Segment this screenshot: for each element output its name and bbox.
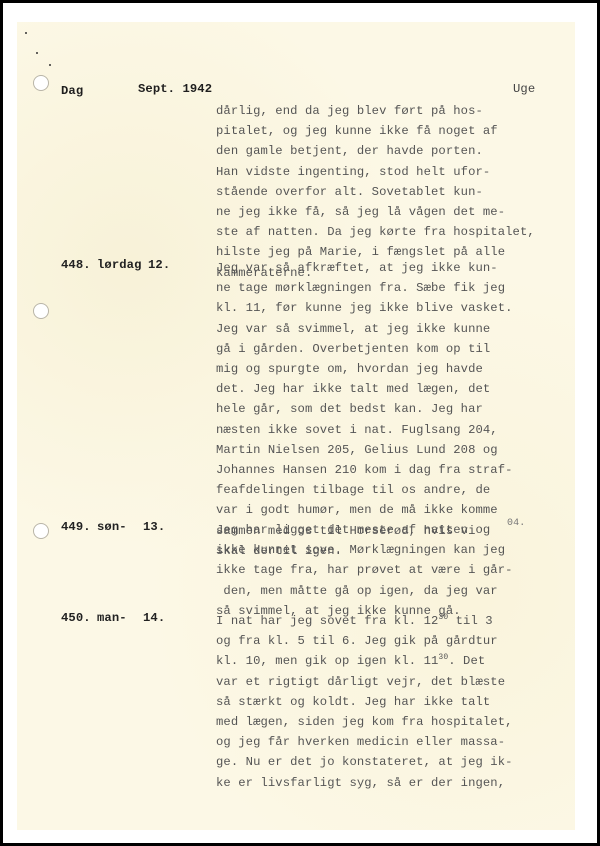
- text-line: Martin Nielsen 205, Gelius Lund 208 og: [216, 440, 498, 460]
- week-header-label: Uge: [513, 82, 535, 96]
- day-header-label: Dag: [61, 84, 83, 98]
- text-line: pitalet, og jeg kunne ikke få noget af: [216, 121, 498, 141]
- entry-date: 12.: [148, 258, 170, 272]
- text-line: dårlig, end da jeg blev ført på hos-: [216, 101, 483, 121]
- text-line: hele går, som det bedst kan. Jeg har: [216, 399, 483, 419]
- text-line: Jeg var så svimmel, at jeg ikke kunne: [216, 319, 490, 339]
- text-line: var i godt humør, men de må ikke komme: [216, 500, 498, 520]
- entry-date: 13.: [143, 520, 165, 534]
- entry-number: 449.: [61, 520, 91, 534]
- text-line: så stærkt og koldt. Jeg har ikke talt: [216, 692, 490, 712]
- text-line: ikke tage fra, har prøvet at være i går-: [216, 560, 513, 580]
- text-line: ne tage mørklægningen fra. Sæbe fik jeg: [216, 278, 505, 298]
- text-line: med lægen, siden jeg kom fra hospitalet,: [216, 712, 513, 732]
- text-line: stående overfor alt. Sovetablet kun-: [216, 182, 483, 202]
- text-line: ke er livsfarligt syg, så er der ingen,: [216, 773, 505, 793]
- text-line: kl. 11, før kunne jeg ikke blive vasket.: [216, 298, 513, 318]
- text-line: Jeg har ligget det meste af natten og: [216, 520, 490, 540]
- text-line: Johannes Hansen 210 kom i dag fra straf-: [216, 460, 513, 480]
- text-line: kl. 10, men gik op igen kl. 1130. Det: [216, 651, 485, 671]
- text-line: ikke kunnet sove. Mørklægningen kan jeg: [216, 540, 505, 560]
- entry-number: 450.: [61, 611, 91, 625]
- entry-weekday: søn-: [97, 520, 127, 534]
- text-line: ne jeg ikke få, så jeg lå vågen det me-: [216, 202, 505, 222]
- text-line: gå i gården. Overbetjenten kom op til: [216, 339, 490, 359]
- text-line: næsten ikke sovet i nat. Fuglsang 204,: [216, 420, 498, 440]
- text-line: I nat har jeg sovet fra kl. 1230 til 3: [216, 611, 493, 631]
- entry-date: 14.: [143, 611, 165, 625]
- text-line: ste af natten. Da jeg kørte fra hospital…: [216, 222, 535, 242]
- text-line: var et rigtigt dårligt vejr, det blæste: [216, 672, 505, 692]
- paper-speck: [49, 64, 51, 66]
- punch-hole-icon: [33, 303, 49, 319]
- paper-speck: [25, 32, 27, 34]
- text-line: det. Jeg har ikke talt med lægen, det: [216, 379, 490, 399]
- paper-speck: [36, 52, 38, 54]
- margin-note: 04.: [507, 518, 525, 529]
- entry-weekday: lørdag: [97, 258, 141, 272]
- text-line: Jeg var så afkræftet, at jeg ikke kun-: [216, 258, 498, 278]
- entry-weekday: man-: [97, 611, 127, 625]
- month-year-header: Sept. 1942: [138, 82, 212, 96]
- punch-hole-icon: [33, 75, 49, 91]
- text-line: ge. Nu er det jo konstateret, at jeg ik-: [216, 752, 513, 772]
- entry-number: 448.: [61, 258, 91, 272]
- text-line: feafdelingen tilbage til os andre, de: [216, 480, 490, 500]
- text-line: og fra kl. 5 til 6. Jeg gik på gårdtur: [216, 631, 498, 651]
- punch-hole-icon: [33, 523, 49, 539]
- text-line: den gamle betjent, der havde porten.: [216, 141, 483, 161]
- text-line: mig og spurgte om, hvordan jeg havde: [216, 359, 483, 379]
- text-line: og jeg får hverken medicin eller massa-: [216, 732, 505, 752]
- text-line: den, men måtte gå op igen, da jeg var: [216, 581, 498, 601]
- text-line: Han vidste ingenting, stod helt ufor-: [216, 162, 490, 182]
